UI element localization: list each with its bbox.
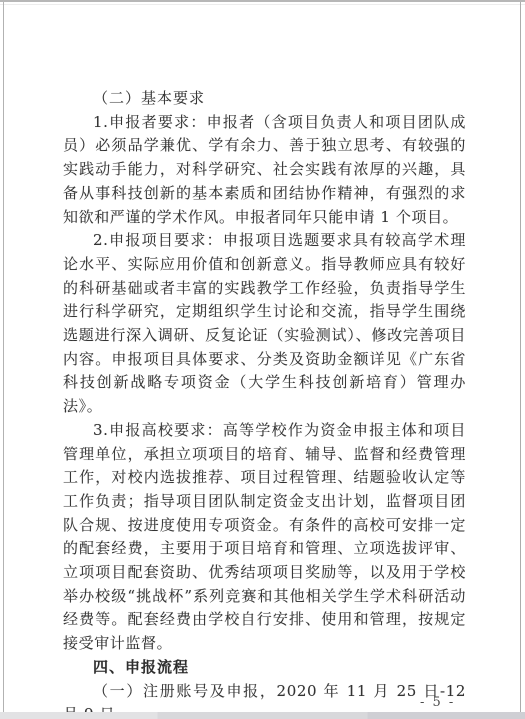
section-heading-application-process: 四、申报流程 <box>63 656 466 680</box>
paragraph-university-requirements: 3.申报高校要求：高等学校作为资金申报主体和项目管理单位，承担立项项目的培育、辅… <box>63 419 466 656</box>
paragraph-project-requirements: 2.申报项目要求：申报项目选题要求具有较高学术理论水平、实际应用价值和创新意义。… <box>63 229 466 419</box>
page-top-edge-faint <box>0 4 525 5</box>
page-number: - 5 - <box>420 695 455 710</box>
paragraph-applicant-requirements: 1.申报者要求：申报者（含项目负责人和项目团队成员）必须品学兼优、学有余力、善于… <box>63 111 466 230</box>
document-body: （二）基本要求 1.申报者要求：申报者（含项目负责人和项目团队成员）必须品学兼优… <box>63 87 466 719</box>
page-top-edge <box>0 0 525 2</box>
section-heading-basic-requirements: （二）基本要求 <box>63 87 466 111</box>
scan-bottom-strip <box>0 712 525 719</box>
page-left-edge <box>3 2 4 712</box>
page-right-edge <box>520 2 521 712</box>
